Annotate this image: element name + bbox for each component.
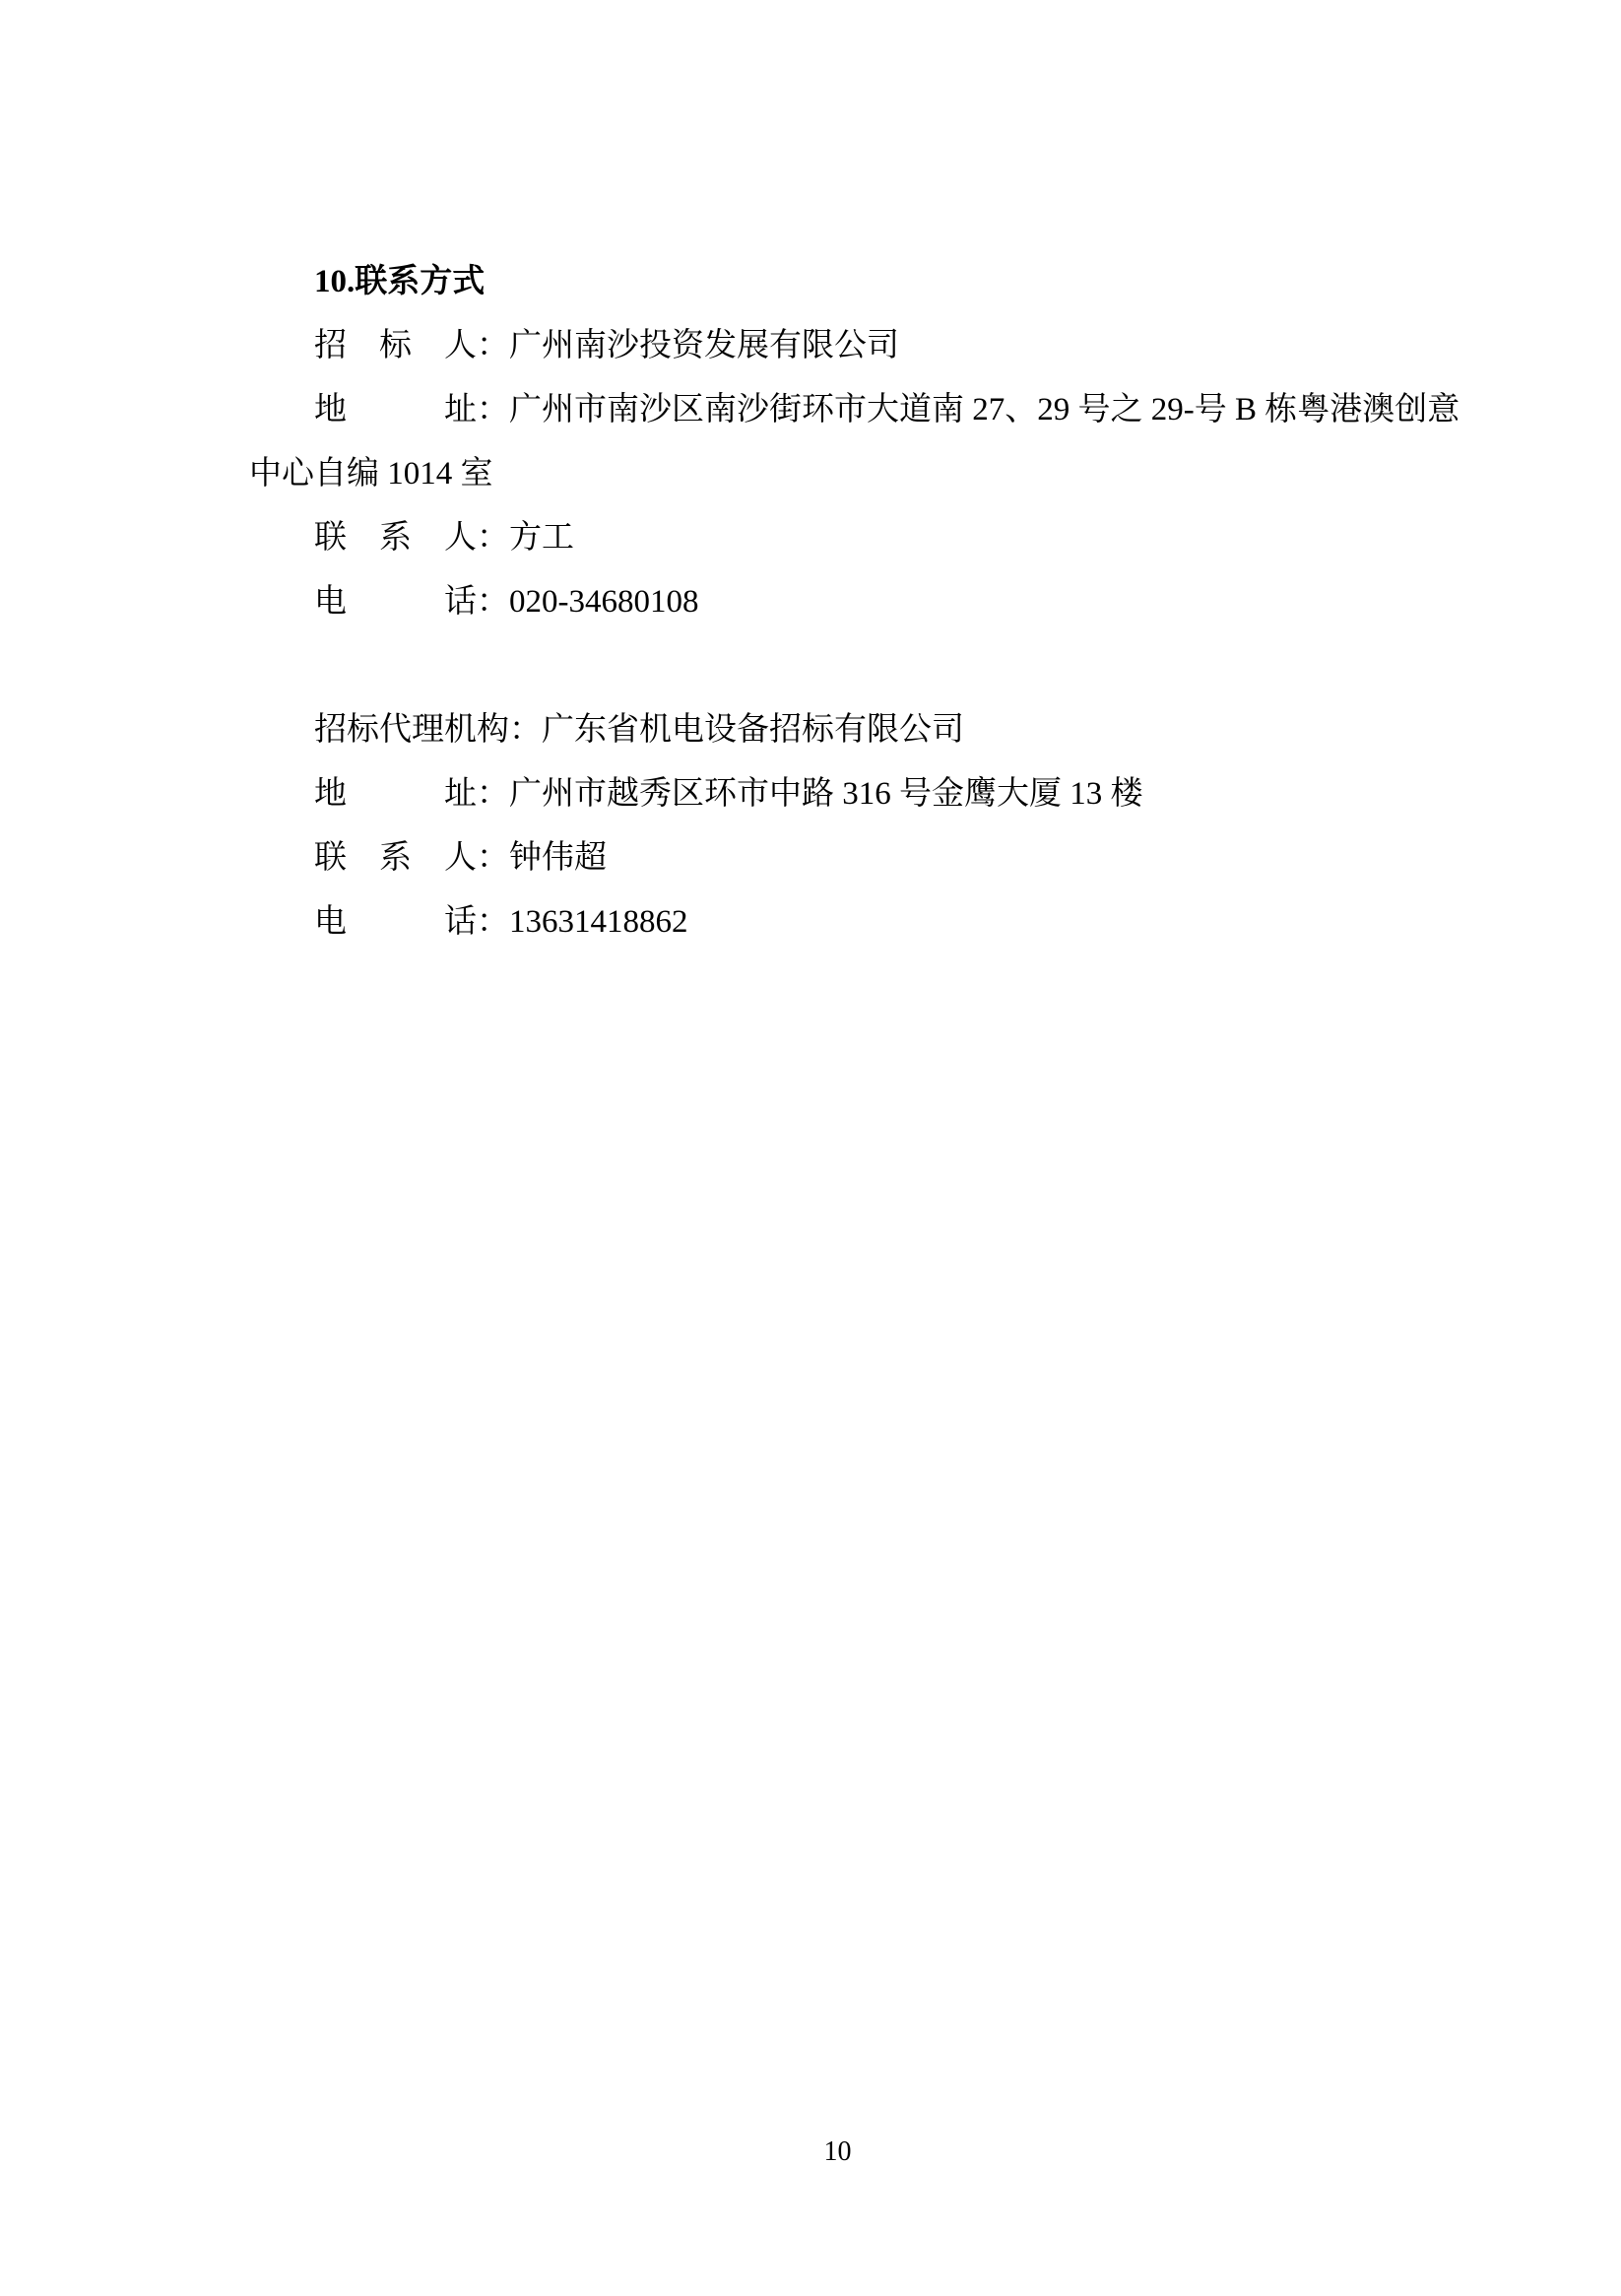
contact-section: 10.联系方式 招 标 人：广州南沙投资发展有限公司 地 址：广州市南沙区南沙街… <box>249 250 1426 954</box>
blank-line <box>249 634 1426 698</box>
tenderer-contact-line: 联 系 人：方工 <box>249 506 1426 570</box>
agency-name-line: 招标代理机构：广东省机电设备招标有限公司 <box>249 698 1426 762</box>
tenderer-address-line-1: 地 址：广州市南沙区南沙街环市大道南 27、29 号之 29-号 B 栋粤港澳创… <box>249 378 1426 442</box>
page-number: 10 <box>249 2132 1426 2173</box>
agency-phone-line: 电 话：13631418862 <box>249 890 1426 954</box>
section-heading: 10.联系方式 <box>249 250 1426 314</box>
agency-contact-line: 联 系 人：钟伟超 <box>249 826 1426 890</box>
tenderer-name-line: 招 标 人：广州南沙投资发展有限公司 <box>249 314 1426 378</box>
document-page: 10.联系方式 招 标 人：广州南沙投资发展有限公司 地 址：广州市南沙区南沙街… <box>0 0 1621 2296</box>
tenderer-phone-line: 电 话：020-34680108 <box>249 570 1426 634</box>
tenderer-address-line-2: 中心自编 1014 室 <box>249 442 1426 506</box>
agency-address-line: 地 址：广州市越秀区环市中路 316 号金鹰大厦 13 楼 <box>249 762 1426 826</box>
